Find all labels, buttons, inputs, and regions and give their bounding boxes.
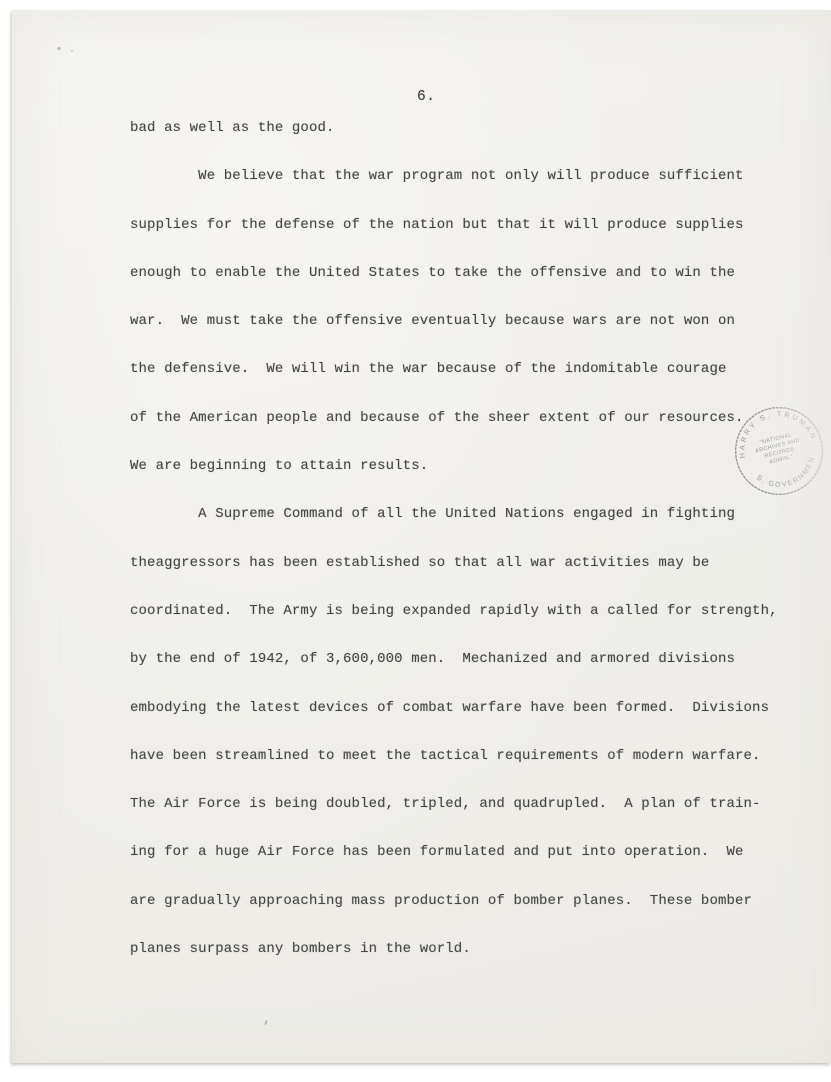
document-line: of the American people and because of th… bbox=[130, 394, 790, 442]
document-line: planes surpass any bombers in the world. bbox=[130, 925, 790, 973]
document-line: coordinated. The Army is being expanded … bbox=[130, 587, 790, 635]
document-line: have been streamlined to meet the tactic… bbox=[130, 732, 790, 780]
paper-speck bbox=[264, 1020, 267, 1025]
document-line: are gradually approaching mass productio… bbox=[130, 877, 790, 925]
document-line: The Air Force is being doubled, tripled,… bbox=[130, 780, 790, 828]
document-line: We believe that the war program not only… bbox=[130, 152, 790, 200]
document-line: the defensive. We will win the war becau… bbox=[130, 345, 790, 393]
scanned-document-screen: 6. bad as well as the good. We believe t… bbox=[0, 0, 831, 1082]
document-line: bad as well as the good. bbox=[130, 104, 790, 152]
document-line: war. We must take the offensive eventual… bbox=[130, 297, 790, 345]
paper-speck bbox=[57, 47, 61, 50]
document-body: bad as well as the good. We believe that… bbox=[130, 104, 790, 973]
document-line: enough to enable the United States to ta… bbox=[130, 249, 790, 297]
document-line: We are beginning to attain results. bbox=[130, 442, 790, 490]
paper-speck bbox=[71, 50, 73, 52]
document-line: theaggressors has been established so th… bbox=[130, 539, 790, 587]
document-line: supplies for the defense of the nation b… bbox=[130, 201, 790, 249]
page-number: 6. bbox=[417, 89, 435, 105]
document-line: by the end of 1942, of 3,600,000 men. Me… bbox=[130, 635, 790, 683]
document-line: ing for a huge Air Force has been formul… bbox=[130, 828, 790, 876]
document-line: embodying the latest devices of combat w… bbox=[130, 684, 790, 732]
document-line: A Supreme Command of all the United Nati… bbox=[130, 490, 790, 538]
